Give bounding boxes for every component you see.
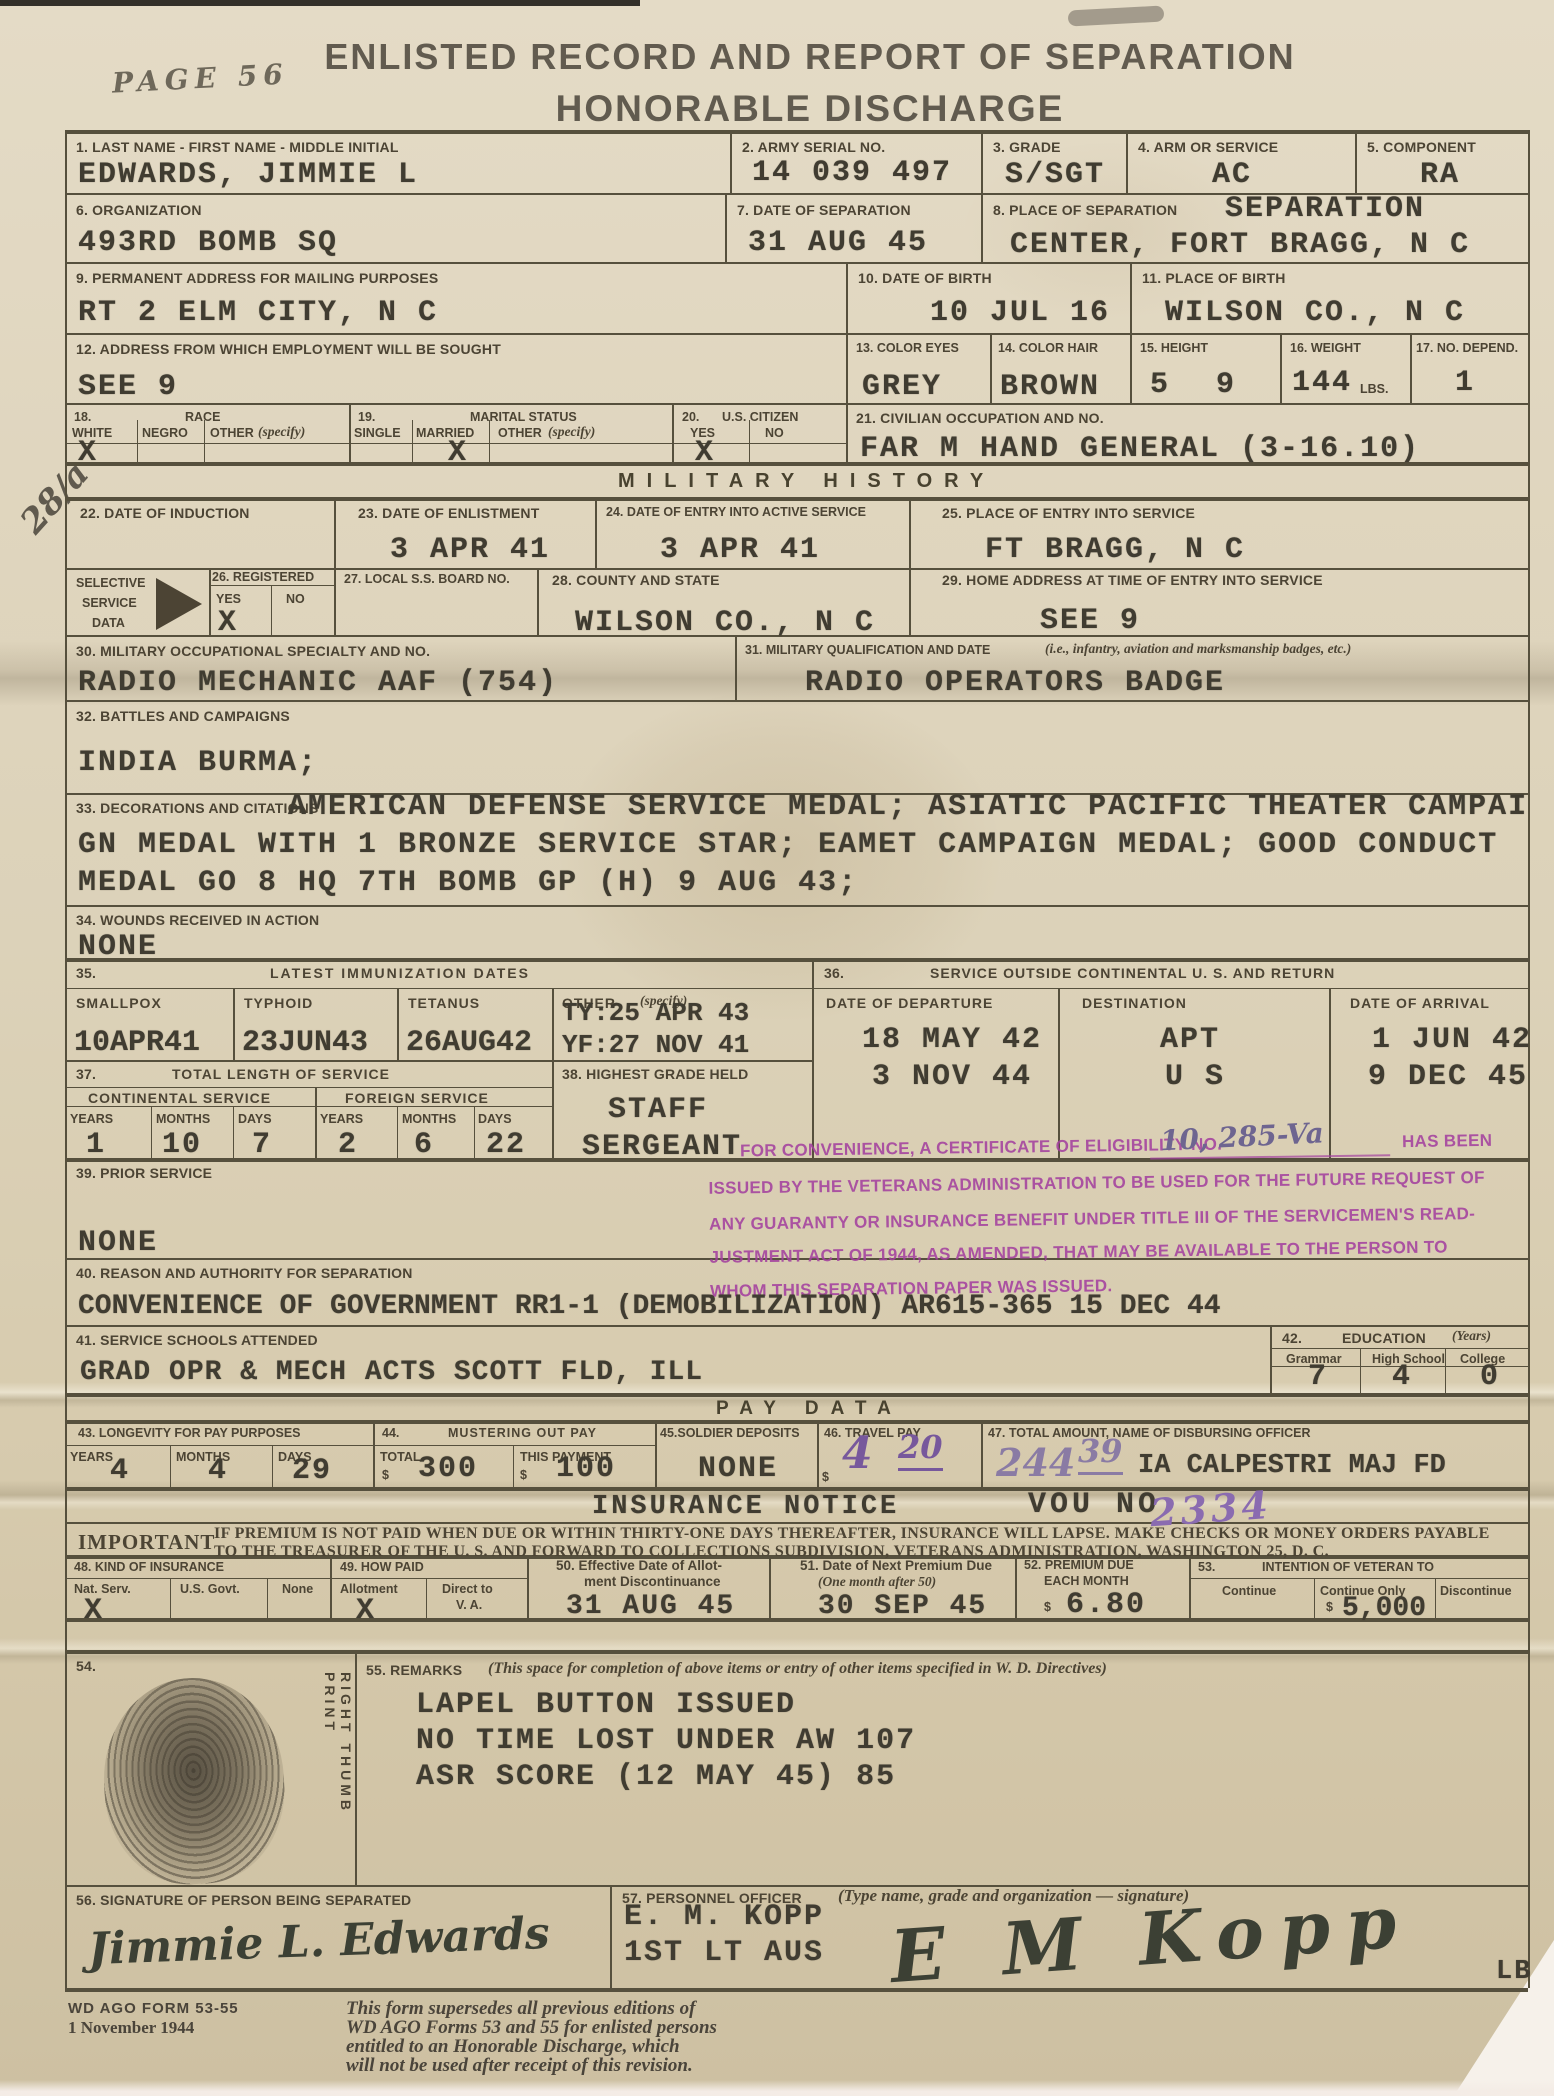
grid-line-h bbox=[65, 958, 1528, 962]
field-20-label: 20. bbox=[682, 410, 699, 424]
grid-line-v bbox=[1528, 130, 1530, 1988]
field-33-label: 33. DECORATIONS AND CITATIONS bbox=[76, 800, 319, 816]
grid-line-h bbox=[1189, 1578, 1528, 1579]
selective-service-label-line2: SERVICE bbox=[82, 596, 137, 610]
footer-note-line4: will not be used after receipt of this r… bbox=[346, 2055, 693, 2077]
field-9-label: 9. PERMANENT ADDRESS FOR MAILING PURPOSE… bbox=[76, 270, 438, 286]
field-16-value: 144 bbox=[1292, 368, 1352, 400]
field-37-col-days-2: DAYS bbox=[478, 1112, 512, 1126]
grid-line-v bbox=[330, 1555, 332, 1618]
field-20-title: U.S. CITIZEN bbox=[722, 410, 798, 424]
field-35-tetanus-value: 26AUG42 bbox=[406, 1028, 532, 1060]
field-39-label: 39. PRIOR SERVICE bbox=[76, 1165, 212, 1181]
stamp-eligibility-number-handwritten: 10, 285-Va bbox=[1159, 1116, 1324, 1157]
field-41-label: 41. SERVICE SCHOOLS ATTENDED bbox=[76, 1332, 318, 1348]
field-48-option-us-govt: U.S. Govt. bbox=[180, 1582, 240, 1596]
field-19-option-other-specify: (specify) bbox=[548, 424, 595, 440]
grid-line-v bbox=[151, 1106, 152, 1158]
grid-line-v bbox=[65, 130, 67, 1988]
field-36-title: SERVICE OUTSIDE CONTINENTAL U. S. AND RE… bbox=[930, 965, 1335, 981]
selective-service-label-line3: DATA bbox=[92, 616, 125, 630]
scanbed-bottom-strip bbox=[0, 2080, 1554, 2096]
field-7-value: 31 AUG 45 bbox=[748, 228, 928, 260]
grid-line-h bbox=[65, 1578, 527, 1579]
field-20-mark-yes: X bbox=[695, 438, 715, 470]
field-40-label: 40. REASON AND AUTHORITY FOR SEPARATION bbox=[76, 1265, 413, 1281]
field-31-value: RADIO OPERATORS BADGE bbox=[805, 668, 1225, 700]
field-36-col-departure: DATE OF DEPARTURE bbox=[826, 995, 993, 1011]
field-37-foreign-header: FOREIGN SERVICE bbox=[345, 1090, 489, 1106]
grid-line-v bbox=[1126, 130, 1128, 193]
field-11-value: WILSON CO., N C bbox=[1165, 298, 1465, 330]
field-42-title: EDUCATION bbox=[1342, 1330, 1426, 1346]
field-29-label: 29. HOME ADDRESS AT TIME OF ENTRY INTO S… bbox=[942, 572, 1323, 588]
field-42-title-italic: (Years) bbox=[1452, 1328, 1491, 1344]
field-5-label: 5. COMPONENT bbox=[1367, 139, 1476, 155]
field-35-col-tetanus: TETANUS bbox=[408, 995, 480, 1011]
field-37-col-years-1: YEARS bbox=[70, 1112, 113, 1126]
field-19-label: 19. bbox=[358, 410, 375, 424]
scanner-edge-top bbox=[0, 0, 640, 6]
field-18-title: RACE bbox=[185, 410, 220, 424]
stamp-line-1-suffix: HAS BEEN bbox=[1402, 1131, 1493, 1152]
grid-line-h bbox=[65, 333, 1528, 335]
field-10-label: 10. DATE OF BIRTH bbox=[858, 270, 992, 286]
grid-line-v bbox=[272, 1445, 273, 1487]
field-51-label-line1: 51. Date of Next Premium Due bbox=[800, 1558, 992, 1573]
grid-line-h bbox=[65, 905, 1528, 907]
field-18-mark-white: X bbox=[78, 438, 98, 470]
grid-line-v bbox=[909, 497, 911, 635]
field-44-currency-total: $ bbox=[382, 1468, 389, 1482]
field-20-option-no: NO bbox=[765, 426, 784, 440]
grid-line-h bbox=[65, 1522, 1528, 1524]
right-thumb-print-label: RIGHT THUMB PRINT bbox=[322, 1672, 354, 1882]
selective-service-label-line1: SELECTIVE bbox=[76, 576, 145, 590]
field-43-years-value: 4 bbox=[110, 1456, 130, 1488]
field-57-typed-grade: 1ST LT AUS bbox=[624, 1938, 824, 1970]
grid-line-v bbox=[170, 1445, 171, 1487]
field-53-title: INTENTION OF VETERAN TO bbox=[1262, 1560, 1434, 1574]
field-37-continental-days: 7 bbox=[252, 1130, 272, 1162]
grid-line-v bbox=[1445, 1348, 1446, 1393]
grid-line-v bbox=[812, 958, 814, 1158]
field-25-label: 25. PLACE OF ENTRY INTO SERVICE bbox=[942, 505, 1195, 521]
field-16-label: 16. WEIGHT bbox=[1290, 341, 1361, 355]
field-39-value: NONE bbox=[78, 1228, 158, 1260]
field-8-value-line2: CENTER, FORT BRAGG, N C bbox=[1010, 230, 1470, 262]
pay-data-band: PAY DATA bbox=[716, 1398, 903, 1420]
field-49-label: 49. HOW PAID bbox=[340, 1560, 424, 1574]
field-15-value: 5 9 bbox=[1150, 370, 1236, 402]
field-57-typed-name: E. M. KOPP bbox=[624, 1902, 824, 1934]
grid-line-v bbox=[204, 420, 205, 462]
grid-line-v bbox=[1130, 262, 1132, 403]
field-48-option-none: None bbox=[282, 1582, 313, 1596]
field-37-continental-years: 1 bbox=[86, 1130, 106, 1162]
field-37-col-days-1: DAYS bbox=[238, 1112, 272, 1126]
grid-line-v bbox=[233, 1106, 234, 1158]
field-43-label: 43. LONGEVITY FOR PAY PURPOSES bbox=[78, 1426, 301, 1440]
grid-line-v bbox=[595, 497, 597, 568]
field-19-option-single: SINGLE bbox=[354, 426, 401, 440]
scanned-discharge-document: ENLISTED RECORD AND REPORT OF SEPARATION… bbox=[0, 0, 1554, 2096]
grid-line-h bbox=[65, 1487, 1528, 1491]
field-1-value: EDWARDS, JIMMIE L bbox=[78, 160, 418, 192]
field-36-col-destination: DESTINATION bbox=[1082, 995, 1187, 1011]
grid-line-v bbox=[1270, 1325, 1272, 1393]
grid-line-v bbox=[1314, 1578, 1315, 1618]
field-44-title: MUSTERING OUT PAY bbox=[448, 1426, 597, 1440]
field-8-label: 8. PLACE OF SEPARATION bbox=[993, 202, 1177, 218]
field-52-label-line2: EACH MONTH bbox=[1044, 1574, 1129, 1588]
grid-line-h bbox=[65, 700, 1528, 702]
corner-note-lb: LB bbox=[1496, 1958, 1532, 1986]
field-42-grammar-value: 7 bbox=[1308, 1362, 1328, 1394]
grid-line-v bbox=[489, 420, 490, 462]
field-16-unit: LBS. bbox=[1360, 382, 1388, 396]
grid-line-h bbox=[65, 1988, 1528, 1992]
field-18-option-negro: NEGRO bbox=[142, 426, 188, 440]
grid-line-h bbox=[65, 1060, 812, 1062]
field-37-number: 37. bbox=[76, 1066, 96, 1082]
field-50-label-line1: 50. Effective Date of Allot- bbox=[556, 1558, 722, 1573]
field-36-arrival-1: 1 JUN 42 bbox=[1372, 1025, 1532, 1057]
field-45-label: 45.SOLDIER DEPOSITS bbox=[660, 1426, 800, 1440]
grid-line-v bbox=[349, 403, 351, 462]
grid-line-v bbox=[1360, 1348, 1361, 1393]
document-subtitle: HONORABLE DISCHARGE bbox=[0, 88, 1554, 130]
footer-form-number: WD AGO FORM 53-55 bbox=[68, 2000, 239, 2017]
stamp-line-2: ISSUED BY THE VETERANS ADMINISTRATION TO… bbox=[708, 1168, 1484, 1199]
field-46-travel-pay-handwritten-dollars: 4 bbox=[842, 1428, 873, 1479]
important-word: IMPORTANT bbox=[78, 1530, 215, 1555]
grid-line-v bbox=[513, 1445, 514, 1487]
field-18-label: 18. bbox=[74, 410, 91, 424]
field-6-value: 493RD BOMB SQ bbox=[78, 228, 338, 260]
field-3-value: S/SGT bbox=[1005, 160, 1105, 192]
field-43-months-value: 4 bbox=[208, 1456, 228, 1488]
field-55-remark-line3: ASR SCORE (12 MAY 45) 85 bbox=[416, 1762, 896, 1794]
grid-line-v bbox=[655, 1420, 657, 1487]
field-40-value: CONVENIENCE OF GOVERNMENT RR1-1 (DEMOBIL… bbox=[78, 1292, 1221, 1321]
grid-line-v bbox=[233, 988, 235, 1060]
field-50-label-line2: ment Discontinuance bbox=[584, 1574, 721, 1589]
field-42-number: 42. bbox=[1282, 1330, 1302, 1346]
field-29-value: SEE 9 bbox=[1040, 606, 1140, 638]
field-52-label-line1: 52. PREMIUM DUE bbox=[1024, 1558, 1134, 1572]
field-47-disbursing-officer: IA CALPESTRI MAJ FD bbox=[1138, 1452, 1446, 1480]
field-50-value: 31 AUG 45 bbox=[566, 1592, 735, 1621]
field-42-highschool-value: 4 bbox=[1392, 1362, 1412, 1394]
grid-line-v bbox=[769, 1555, 771, 1618]
field-31-label: 31. MILITARY QUALIFICATION AND DATE bbox=[745, 643, 990, 657]
field-35-number: 35. bbox=[76, 965, 96, 981]
field-2-value: 14 039 497 bbox=[752, 158, 952, 190]
grid-line-v bbox=[981, 1420, 983, 1487]
field-33-value-line2: GN MEDAL WITH 1 BRONZE SERVICE STAR; EAM… bbox=[78, 830, 1498, 862]
field-34-label: 34. WOUNDS RECEIVED IN ACTION bbox=[76, 912, 319, 928]
grid-line-v bbox=[170, 1578, 171, 1618]
field-18-option-other: OTHER bbox=[210, 426, 254, 440]
grid-line-h bbox=[65, 1106, 552, 1107]
field-28-value: WILSON CO., N C bbox=[575, 608, 875, 640]
grid-line-h bbox=[65, 497, 1528, 501]
field-53-option-discontinue: Discontinue bbox=[1440, 1584, 1512, 1598]
grid-line-v bbox=[1355, 130, 1357, 193]
grid-line-h bbox=[65, 1650, 1528, 1654]
field-56-label: 56. SIGNATURE OF PERSON BEING SEPARATED bbox=[76, 1892, 411, 1908]
grid-line-v bbox=[846, 262, 848, 462]
field-38-label: 38. HIGHEST GRADE HELD bbox=[562, 1066, 748, 1082]
field-43-days-value: 29 bbox=[292, 1456, 332, 1488]
field-34-value: NONE bbox=[78, 932, 158, 964]
field-23-label: 23. DATE OF ENLISTMENT bbox=[358, 505, 540, 521]
field-35-other-value-line2: YF:27 NOV 41 bbox=[562, 1032, 749, 1059]
field-13-label: 13. COLOR EYES bbox=[856, 341, 959, 355]
field-46-travel-pay-handwritten-cents: 20 bbox=[898, 1428, 943, 1471]
field-37-foreign-years: 2 bbox=[338, 1130, 358, 1162]
footer-form-date: 1 November 1944 bbox=[68, 2018, 194, 2038]
field-19-option-other: OTHER bbox=[498, 426, 542, 440]
field-46-currency: $ bbox=[822, 1470, 829, 1484]
field-35-smallpox-value: 10APR41 bbox=[74, 1028, 200, 1060]
scanner-smudge-top-right bbox=[1068, 5, 1165, 26]
grid-line-v bbox=[1280, 333, 1282, 403]
field-36-departure-2: 3 NOV 44 bbox=[872, 1062, 1032, 1094]
field-35-other-value-line1: TY:25 APR 43 bbox=[562, 1000, 749, 1027]
field-22-label: 22. DATE OF INDUCTION bbox=[80, 505, 250, 521]
grid-line-v bbox=[397, 988, 399, 1060]
field-35-title: LATEST IMMUNIZATION DATES bbox=[270, 965, 530, 981]
grid-line-v bbox=[397, 1106, 398, 1158]
va-eligibility-stamp: FOR CONVENIENCE, A CERTIFICATE OF ELIGIB… bbox=[702, 1120, 1544, 1312]
field-26-mark-yes: X bbox=[218, 608, 238, 640]
field-52-value: 6.80 bbox=[1066, 1590, 1146, 1622]
grid-line-h bbox=[65, 1325, 1528, 1327]
field-37-foreign-months: 6 bbox=[414, 1130, 434, 1162]
field-35-typhoid-value: 23JUN43 bbox=[242, 1028, 368, 1060]
field-53-number: 53. bbox=[1198, 1560, 1215, 1574]
grid-line-v bbox=[1189, 1555, 1191, 1618]
field-48-label: 48. KIND OF INSURANCE bbox=[74, 1560, 224, 1574]
grid-line-v bbox=[315, 1087, 317, 1158]
grid-line-h bbox=[65, 1087, 552, 1088]
field-28-label: 28. COUNTY AND STATE bbox=[552, 572, 720, 588]
field-19-mark-married: X bbox=[448, 438, 468, 470]
field-24-label: 24. DATE OF ENTRY INTO ACTIVE SERVICE bbox=[606, 505, 866, 519]
field-36-number: 36. bbox=[824, 965, 844, 981]
field-36-col-arrival: DATE OF ARRIVAL bbox=[1350, 995, 1490, 1011]
grid-line-v bbox=[209, 568, 211, 635]
grid-line-v bbox=[527, 1555, 529, 1618]
grid-line-v bbox=[1435, 1578, 1436, 1618]
field-49-option-direct-1: Direct to bbox=[442, 1582, 493, 1596]
field-25-value: FT BRAGG, N C bbox=[985, 535, 1245, 567]
field-38-value-line1: STAFF bbox=[608, 1095, 708, 1127]
field-19-title: MARITAL STATUS bbox=[470, 410, 577, 424]
field-44-col-total: TOTAL bbox=[380, 1450, 421, 1464]
field-41-value: GRAD OPR & MECH ACTS SCOTT FLD, ILL bbox=[80, 1358, 703, 1387]
grid-line-v bbox=[981, 130, 983, 262]
field-3-label: 3. GRADE bbox=[993, 139, 1061, 155]
vou-no-label: VOU NO bbox=[1028, 1490, 1160, 1522]
field-36-arrival-2: 9 DEC 45 bbox=[1368, 1062, 1528, 1094]
field-7-label: 7. DATE OF SEPARATION bbox=[737, 202, 911, 218]
grid-line-h bbox=[65, 262, 1528, 264]
field-37-col-months-2: MONTHS bbox=[402, 1112, 456, 1126]
grid-line-h bbox=[1270, 1348, 1528, 1349]
grid-line-v bbox=[610, 1885, 612, 1988]
grid-line-v bbox=[749, 420, 750, 462]
grid-line-h bbox=[65, 1618, 1528, 1622]
field-21-label: 21. CIVILIAN OCCUPATION AND NO. bbox=[856, 410, 1104, 426]
field-43-col-years: YEARS bbox=[70, 1450, 113, 1464]
field-44-total-value: 300 bbox=[418, 1454, 478, 1486]
field-4-label: 4. ARM OR SERVICE bbox=[1138, 139, 1278, 155]
grid-line-v bbox=[334, 497, 336, 635]
field-18-option-other-specify: (specify) bbox=[258, 424, 305, 440]
field-23-value: 3 APR 41 bbox=[390, 535, 550, 567]
grid-line-v bbox=[373, 1420, 375, 1487]
field-36-destination-2: U S bbox=[1165, 1062, 1225, 1094]
grid-line-v bbox=[355, 1650, 357, 1885]
field-10-value: 10 JUL 16 bbox=[930, 298, 1110, 330]
field-36-destination-1: APT bbox=[1160, 1025, 1220, 1057]
field-5-value: RA bbox=[1420, 160, 1460, 192]
field-37-col-months-1: MONTHS bbox=[156, 1112, 210, 1126]
grid-line-v bbox=[412, 420, 413, 462]
field-53-currency: $ bbox=[1326, 1600, 1333, 1614]
grid-line-v bbox=[426, 1578, 427, 1618]
thumbprint bbox=[99, 1673, 290, 1888]
field-55-label: 55. REMARKS bbox=[366, 1662, 462, 1678]
field-44-currency-payment: $ bbox=[520, 1468, 527, 1482]
field-47-amount-handwritten-dollars: 244 bbox=[996, 1440, 1075, 1485]
field-53-option-continue: Continue bbox=[1222, 1584, 1276, 1598]
field-55-remark-line2: NO TIME LOST UNDER AW 107 bbox=[416, 1726, 916, 1758]
field-49-mark-allotment: X bbox=[356, 1596, 376, 1628]
field-51-value: 30 SEP 45 bbox=[818, 1592, 987, 1621]
field-47-label: 47. TOTAL AMOUNT, NAME OF DISBURSING OFF… bbox=[988, 1426, 1310, 1440]
grid-line-h bbox=[65, 403, 1528, 405]
field-6-label: 6. ORGANIZATION bbox=[76, 202, 202, 218]
field-52-currency: $ bbox=[1044, 1600, 1051, 1614]
field-26-option-no: NO bbox=[286, 592, 305, 606]
grid-line-v bbox=[552, 988, 554, 1158]
grid-line-v bbox=[137, 420, 138, 462]
grid-line-h bbox=[65, 130, 1528, 134]
grid-line-v bbox=[735, 635, 737, 700]
field-12-value: SEE 9 bbox=[78, 372, 178, 404]
field-44-number: 44. bbox=[382, 1426, 399, 1440]
field-35-col-typhoid: TYPHOID bbox=[244, 995, 313, 1011]
field-33-value-line3: MEDAL GO 8 HQ 7TH BOMB GP (H) 9 AUG 43; bbox=[78, 868, 858, 900]
field-17-value: 1 bbox=[1455, 368, 1475, 400]
field-32-label: 32. BATTLES AND CAMPAIGNS bbox=[76, 708, 290, 724]
field-49-option-direct-2: V. A. bbox=[456, 1598, 482, 1612]
field-17-label: 17. NO. DEPEND. bbox=[1416, 341, 1518, 355]
field-37-continental-months: 10 bbox=[162, 1130, 202, 1162]
field-47-amount-handwritten-cents: 39 bbox=[1078, 1432, 1123, 1475]
field-27-label: 27. LOCAL S.S. BOARD NO. bbox=[344, 572, 510, 586]
field-30-value: RADIO MECHANIC AAF (754) bbox=[78, 668, 558, 700]
grid-line-v bbox=[1015, 1555, 1017, 1618]
stamp-line-4: JUSTMENT ACT OF 1944, AS AMENDED, THAT M… bbox=[709, 1237, 1447, 1267]
field-21-value: FAR M HAND GENERAL (3-16.10) bbox=[860, 434, 1420, 466]
important-text-line1: IF PREMIUM IS NOT PAID WHEN DUE OR WITHI… bbox=[214, 1525, 1490, 1543]
field-4-value: AC bbox=[1212, 160, 1252, 192]
grid-line-v bbox=[267, 1578, 268, 1618]
field-51-label-line2: (One month after 50) bbox=[818, 1574, 936, 1590]
military-history-band: MILITARY HISTORY bbox=[618, 470, 995, 493]
field-24-value: 3 APR 41 bbox=[660, 535, 820, 567]
field-2-label: 2. ARMY SERIAL NO. bbox=[742, 139, 885, 155]
grid-line-v bbox=[537, 568, 539, 635]
field-26-option-yes: YES bbox=[216, 592, 241, 606]
field-35-col-smallpox: SMALLPOX bbox=[76, 995, 162, 1011]
grid-line-v bbox=[817, 1420, 819, 1487]
field-11-label: 11. PLACE OF BIRTH bbox=[1142, 270, 1286, 286]
field-55-label-italic: (This space for completion of above item… bbox=[488, 1660, 1107, 1678]
field-53-value: 5,000 bbox=[1342, 1594, 1426, 1623]
insurance-notice-band: INSURANCE NOTICE bbox=[592, 1493, 899, 1521]
selective-service-arrow-icon bbox=[156, 578, 202, 630]
field-9-value: RT 2 ELM CITY, N C bbox=[78, 298, 438, 330]
grid-line-v bbox=[725, 193, 727, 262]
field-32-value: INDIA BURMA; bbox=[78, 748, 318, 780]
field-45-value: NONE bbox=[698, 1454, 778, 1486]
field-37-title: TOTAL LENGTH OF SERVICE bbox=[172, 1066, 390, 1082]
grid-line-v bbox=[672, 403, 674, 462]
field-14-value: BROWN bbox=[1000, 372, 1100, 404]
field-12-label: 12. ADDRESS FROM WHICH EMPLOYMENT WILL B… bbox=[76, 341, 501, 357]
grid-line-v bbox=[1410, 333, 1412, 403]
field-13-value: GREY bbox=[862, 372, 942, 404]
field-15-label: 15. HEIGHT bbox=[1140, 341, 1208, 355]
field-8-value-line1: SEPARATION bbox=[1225, 194, 1425, 226]
field-36-departure-1: 18 MAY 42 bbox=[862, 1025, 1042, 1057]
field-37-col-years-2: YEARS bbox=[320, 1112, 363, 1126]
field-33-value-line1: AMERICAN DEFENSE SERVICE MEDAL; ASIATIC … bbox=[288, 792, 1528, 824]
field-44-payment-value: 100 bbox=[556, 1454, 616, 1486]
stamp-line-3: ANY GUARANTY OR INSURANCE BENEFIT UNDER … bbox=[709, 1204, 1475, 1235]
field-30-label: 30. MILITARY OCCUPATIONAL SPECIALTY AND … bbox=[76, 643, 430, 659]
grid-line-v bbox=[474, 1106, 475, 1158]
field-14-label: 14. COLOR HAIR bbox=[998, 341, 1098, 355]
field-48-mark-nat-serv: X bbox=[84, 1596, 104, 1628]
field-1-label: 1. LAST NAME - FIRST NAME - MIDDLE INITI… bbox=[76, 139, 399, 155]
grid-line-h bbox=[65, 1445, 655, 1446]
important-text-line2: TO THE TREASURER OF THE U. S. AND FORWAR… bbox=[214, 1543, 1329, 1561]
field-42-college-value: 0 bbox=[1480, 1362, 1500, 1394]
field-26-label: 26. REGISTERED bbox=[212, 570, 314, 584]
grid-line-h bbox=[65, 988, 1528, 989]
grid-line-h bbox=[65, 1420, 1528, 1424]
field-37-continental-header: CONTINENTAL SERVICE bbox=[88, 1090, 271, 1106]
field-37-foreign-days: 22 bbox=[486, 1130, 526, 1162]
field-31-label-italic: (i.e., infantry, aviation and marksmansh… bbox=[1045, 641, 1351, 657]
field-54-number: 54. bbox=[76, 1658, 96, 1674]
grid-line-v bbox=[271, 585, 272, 635]
grid-line-v bbox=[990, 333, 992, 403]
field-55-remark-line1: LAPEL BUTTON ISSUED bbox=[416, 1690, 796, 1722]
separatee-signature: Jimmie L. Edwards bbox=[87, 1908, 550, 1975]
grid-line-v bbox=[730, 130, 732, 193]
